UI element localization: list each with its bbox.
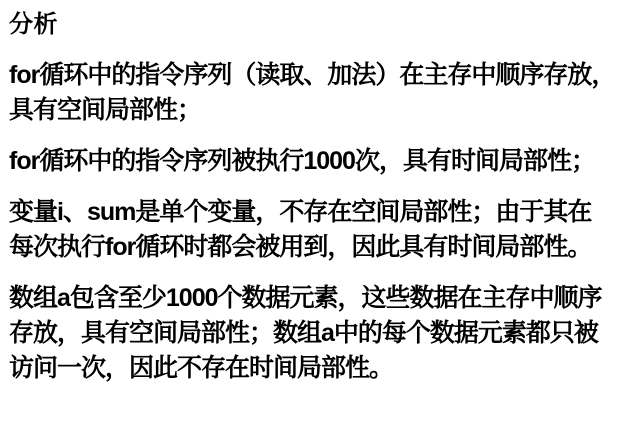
paragraph-line: for循环中的指令序列（读取、加法）在主存中顺序存放，: [9, 58, 630, 93]
paragraph-line: 具有空间局部性；: [9, 93, 630, 128]
paragraph-line: 数组a包含至少1000个数据元素，这些数据在主存中顺序: [9, 281, 630, 316]
paragraph-instruction-spatial-locality: for循环中的指令序列（读取、加法）在主存中顺序存放， 具有空间局部性；: [9, 58, 630, 128]
document-title: 分析: [9, 10, 630, 40]
paragraph-line: 变量i、sum是单个变量，不存在空间局部性；由于其在: [9, 195, 630, 230]
paragraph-variables-locality: 变量i、sum是单个变量，不存在空间局部性；由于其在 每次执行for循环时都会被…: [9, 195, 630, 265]
paragraph-line: 访问一次，因此不存在时间局部性。: [9, 351, 630, 386]
paragraph-line: 存放，具有空间局部性；数组a中的每个数据元素都只被: [9, 316, 630, 351]
analysis-document: 分析 for循环中的指令序列（读取、加法）在主存中顺序存放， 具有空间局部性； …: [0, 0, 634, 430]
paragraph-line: for循环中的指令序列被执行1000次，具有时间局部性；: [9, 144, 630, 179]
paragraph-instruction-temporal-locality: for循环中的指令序列被执行1000次，具有时间局部性；: [9, 144, 630, 179]
paragraph-line: 每次执行for循环时都会被用到，因此具有时间局部性。: [9, 230, 630, 265]
paragraph-array-locality: 数组a包含至少1000个数据元素，这些数据在主存中顺序 存放，具有空间局部性；数…: [9, 281, 630, 386]
